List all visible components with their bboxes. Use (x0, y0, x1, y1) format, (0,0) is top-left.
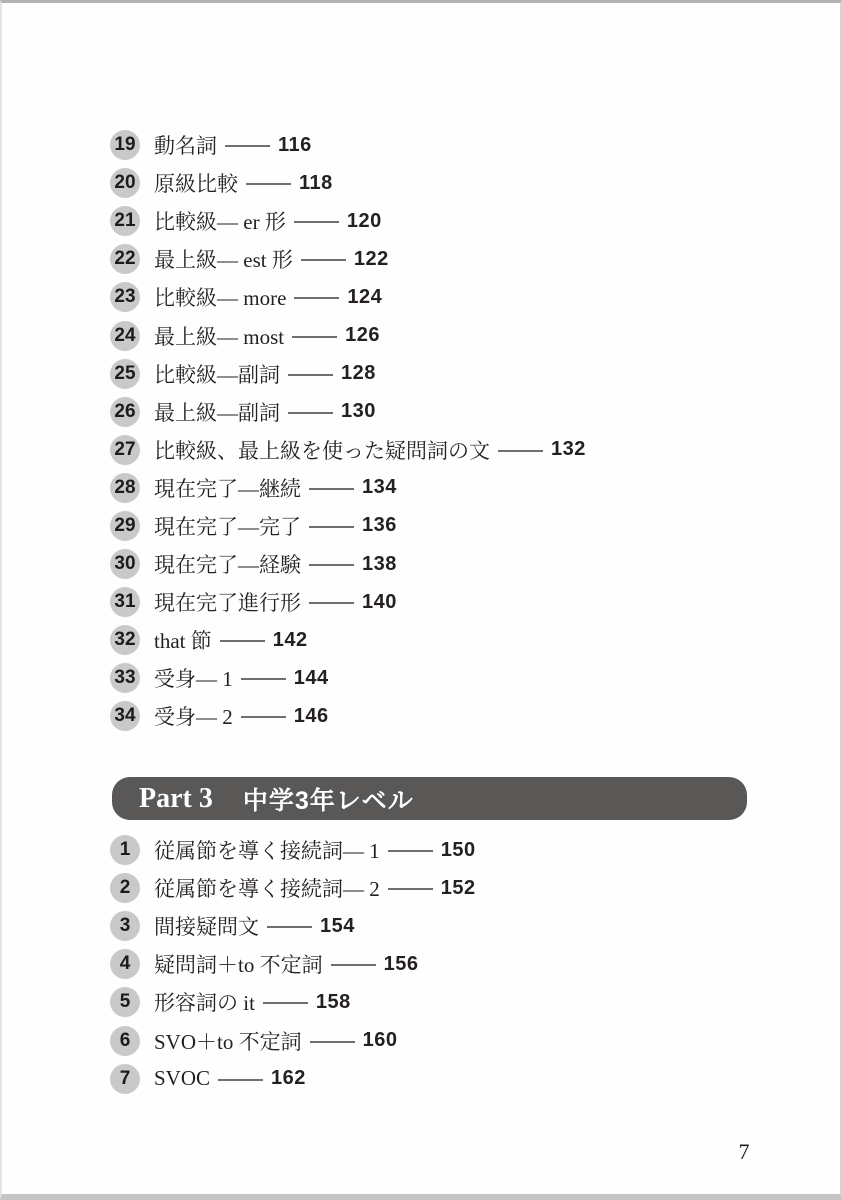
toc-entry: 1従属節を導く接続詞— 1150 (110, 831, 476, 869)
leader-line (263, 1002, 308, 1004)
page-number: 7 (728, 1139, 760, 1165)
toc-entry: 25比較級—副詞128 (110, 355, 586, 393)
entry-number-badge: 21 (110, 206, 140, 236)
entry-title: 現在完了—完了 (154, 511, 301, 541)
leader-line (309, 564, 354, 566)
entry-title: 最上級— most (154, 321, 284, 351)
part3-label: Part 3 (139, 783, 213, 815)
entry-number-badge: 1 (110, 835, 140, 865)
part3-title: 中学3年レベル (243, 781, 414, 817)
leader-line (301, 259, 346, 261)
toc-entry: 5形容詞の it158 (110, 983, 476, 1021)
entry-title: 現在完了進行形 (154, 587, 301, 617)
entry-number-badge: 29 (110, 511, 140, 541)
leader-line (241, 678, 286, 680)
entry-title: SVOC (154, 1066, 210, 1091)
entry-number-badge: 6 (110, 1026, 140, 1056)
entry-number-badge: 31 (110, 587, 140, 617)
entry-title: 従属節を導く接続詞— 2 (154, 873, 380, 903)
entry-number-badge: 33 (110, 663, 140, 693)
entry-title: 比較級、最上級を使った疑問詞の文 (154, 435, 490, 465)
part3-header-bar: Part 3 中学3年レベル (112, 777, 747, 820)
toc-entry: 29現在完了—完了136 (110, 507, 586, 545)
leader-line (241, 716, 286, 718)
entry-page-number: 120 (347, 210, 382, 233)
entry-title: 動名詞 (154, 130, 217, 160)
entry-page-number: 122 (354, 248, 389, 271)
entry-page-number: 152 (441, 877, 476, 900)
toc-entry: 22最上級— est 形122 (110, 240, 586, 278)
entry-title: 比較級—副詞 (154, 359, 280, 389)
entry-page-number: 126 (345, 324, 380, 347)
entry-number-badge: 3 (110, 911, 140, 941)
toc-entry: 26最上級—副詞130 (110, 393, 586, 431)
entry-page-number: 140 (362, 591, 397, 614)
leader-line (267, 926, 312, 928)
entry-title: that 節 (154, 625, 212, 655)
entry-number-badge: 2 (110, 873, 140, 903)
leader-line (309, 488, 354, 490)
entry-title: 比較級— more (154, 282, 286, 312)
entry-number-badge: 27 (110, 435, 140, 465)
entry-number-badge: 5 (110, 987, 140, 1017)
entry-title: 疑問詞＋to 不定詞 (154, 949, 323, 979)
entry-page-number: 128 (341, 362, 376, 385)
leader-line (218, 1079, 263, 1081)
leader-line (331, 964, 376, 966)
entry-number-badge: 4 (110, 949, 140, 979)
leader-line (388, 850, 433, 852)
entry-title: 原級比較 (154, 168, 238, 198)
toc-entry: 3間接疑問文154 (110, 907, 476, 945)
toc-list-part2-continued: 19動名詞11620原級比較11821比較級— er 形12022最上級— es… (110, 126, 586, 736)
entry-title: 形容詞の it (154, 987, 255, 1017)
entry-number-badge: 19 (110, 130, 140, 160)
toc-entry: 34受身— 2146 (110, 697, 586, 735)
toc-entry: 7SVOC162 (110, 1060, 476, 1098)
entry-title: 比較級— er 形 (154, 206, 286, 236)
leader-line (310, 1041, 355, 1043)
entry-title: SVO＋to 不定詞 (154, 1026, 302, 1056)
toc-entry: 21比較級— er 形120 (110, 202, 586, 240)
entry-page-number: 124 (347, 286, 382, 309)
toc-entry: 6SVO＋to 不定詞160 (110, 1021, 476, 1059)
entry-page-number: 138 (362, 553, 397, 576)
toc-entry: 24最上級— most126 (110, 316, 586, 354)
entry-page-number: 146 (294, 705, 329, 728)
entry-page-number: 160 (363, 1029, 398, 1052)
entry-title: 現在完了—経験 (154, 549, 301, 579)
toc-entry: 20原級比較118 (110, 164, 586, 202)
toc-entry: 4疑問詞＋to 不定詞156 (110, 945, 476, 983)
entry-page-number: 158 (316, 991, 351, 1014)
entry-number-badge: 24 (110, 321, 140, 351)
leader-line (498, 450, 543, 452)
entry-title: 間接疑問文 (154, 911, 259, 941)
entry-page-number: 116 (278, 134, 312, 157)
entry-number-badge: 23 (110, 282, 140, 312)
leader-line (288, 374, 333, 376)
toc-entry: 31現在完了進行形140 (110, 583, 586, 621)
leader-line (294, 297, 339, 299)
entry-number-badge: 26 (110, 397, 140, 427)
toc-list-part3: 1従属節を導く接続詞— 11502従属節を導く接続詞— 21523間接疑問文15… (110, 831, 476, 1098)
toc-entry: 27比較級、最上級を使った疑問詞の文132 (110, 431, 586, 469)
entry-page-number: 156 (384, 953, 419, 976)
leader-line (309, 602, 354, 604)
toc-entry: 30現在完了—経験138 (110, 545, 586, 583)
entry-page-number: 150 (441, 839, 476, 862)
toc-entry: 28現在完了—継続134 (110, 469, 586, 507)
leader-line (225, 145, 270, 147)
leader-line (309, 526, 354, 528)
entry-page-number: 130 (341, 400, 376, 423)
toc-entry: 19動名詞116 (110, 126, 586, 164)
entry-number-badge: 28 (110, 473, 140, 503)
entry-number-badge: 25 (110, 359, 140, 389)
toc-entry: 33受身— 1144 (110, 659, 586, 697)
entry-page-number: 142 (273, 629, 308, 652)
leader-line (294, 221, 339, 223)
entry-title: 受身— 2 (154, 701, 233, 731)
entry-page-number: 132 (551, 438, 586, 461)
entry-page-number: 162 (271, 1067, 306, 1090)
leader-line (292, 336, 337, 338)
toc-entry: 32that 節142 (110, 621, 586, 659)
entry-number-badge: 34 (110, 701, 140, 731)
toc-entry: 23比較級— more124 (110, 278, 586, 316)
entry-page-number: 134 (362, 476, 397, 499)
entry-title: 受身— 1 (154, 663, 233, 693)
entry-number-badge: 7 (110, 1064, 140, 1094)
entry-page-number: 136 (362, 514, 397, 537)
entry-page-number: 144 (294, 667, 329, 690)
entry-title: 最上級—副詞 (154, 397, 280, 427)
entry-title: 従属節を導く接続詞— 1 (154, 835, 380, 865)
entry-number-badge: 20 (110, 168, 140, 198)
leader-line (288, 412, 333, 414)
entry-page-number: 118 (299, 172, 333, 195)
leader-line (388, 888, 433, 890)
book-page: 19動名詞11620原級比較11821比較級— er 形12022最上級— es… (0, 0, 842, 1200)
entry-page-number: 154 (320, 915, 355, 938)
entry-title: 最上級— est 形 (154, 244, 293, 274)
entry-number-badge: 32 (110, 625, 140, 655)
entry-title: 現在完了—継続 (154, 473, 301, 503)
leader-line (220, 640, 265, 642)
leader-line (246, 183, 291, 185)
entry-number-badge: 22 (110, 244, 140, 274)
entry-number-badge: 30 (110, 549, 140, 579)
toc-entry: 2従属節を導く接続詞— 2152 (110, 869, 476, 907)
